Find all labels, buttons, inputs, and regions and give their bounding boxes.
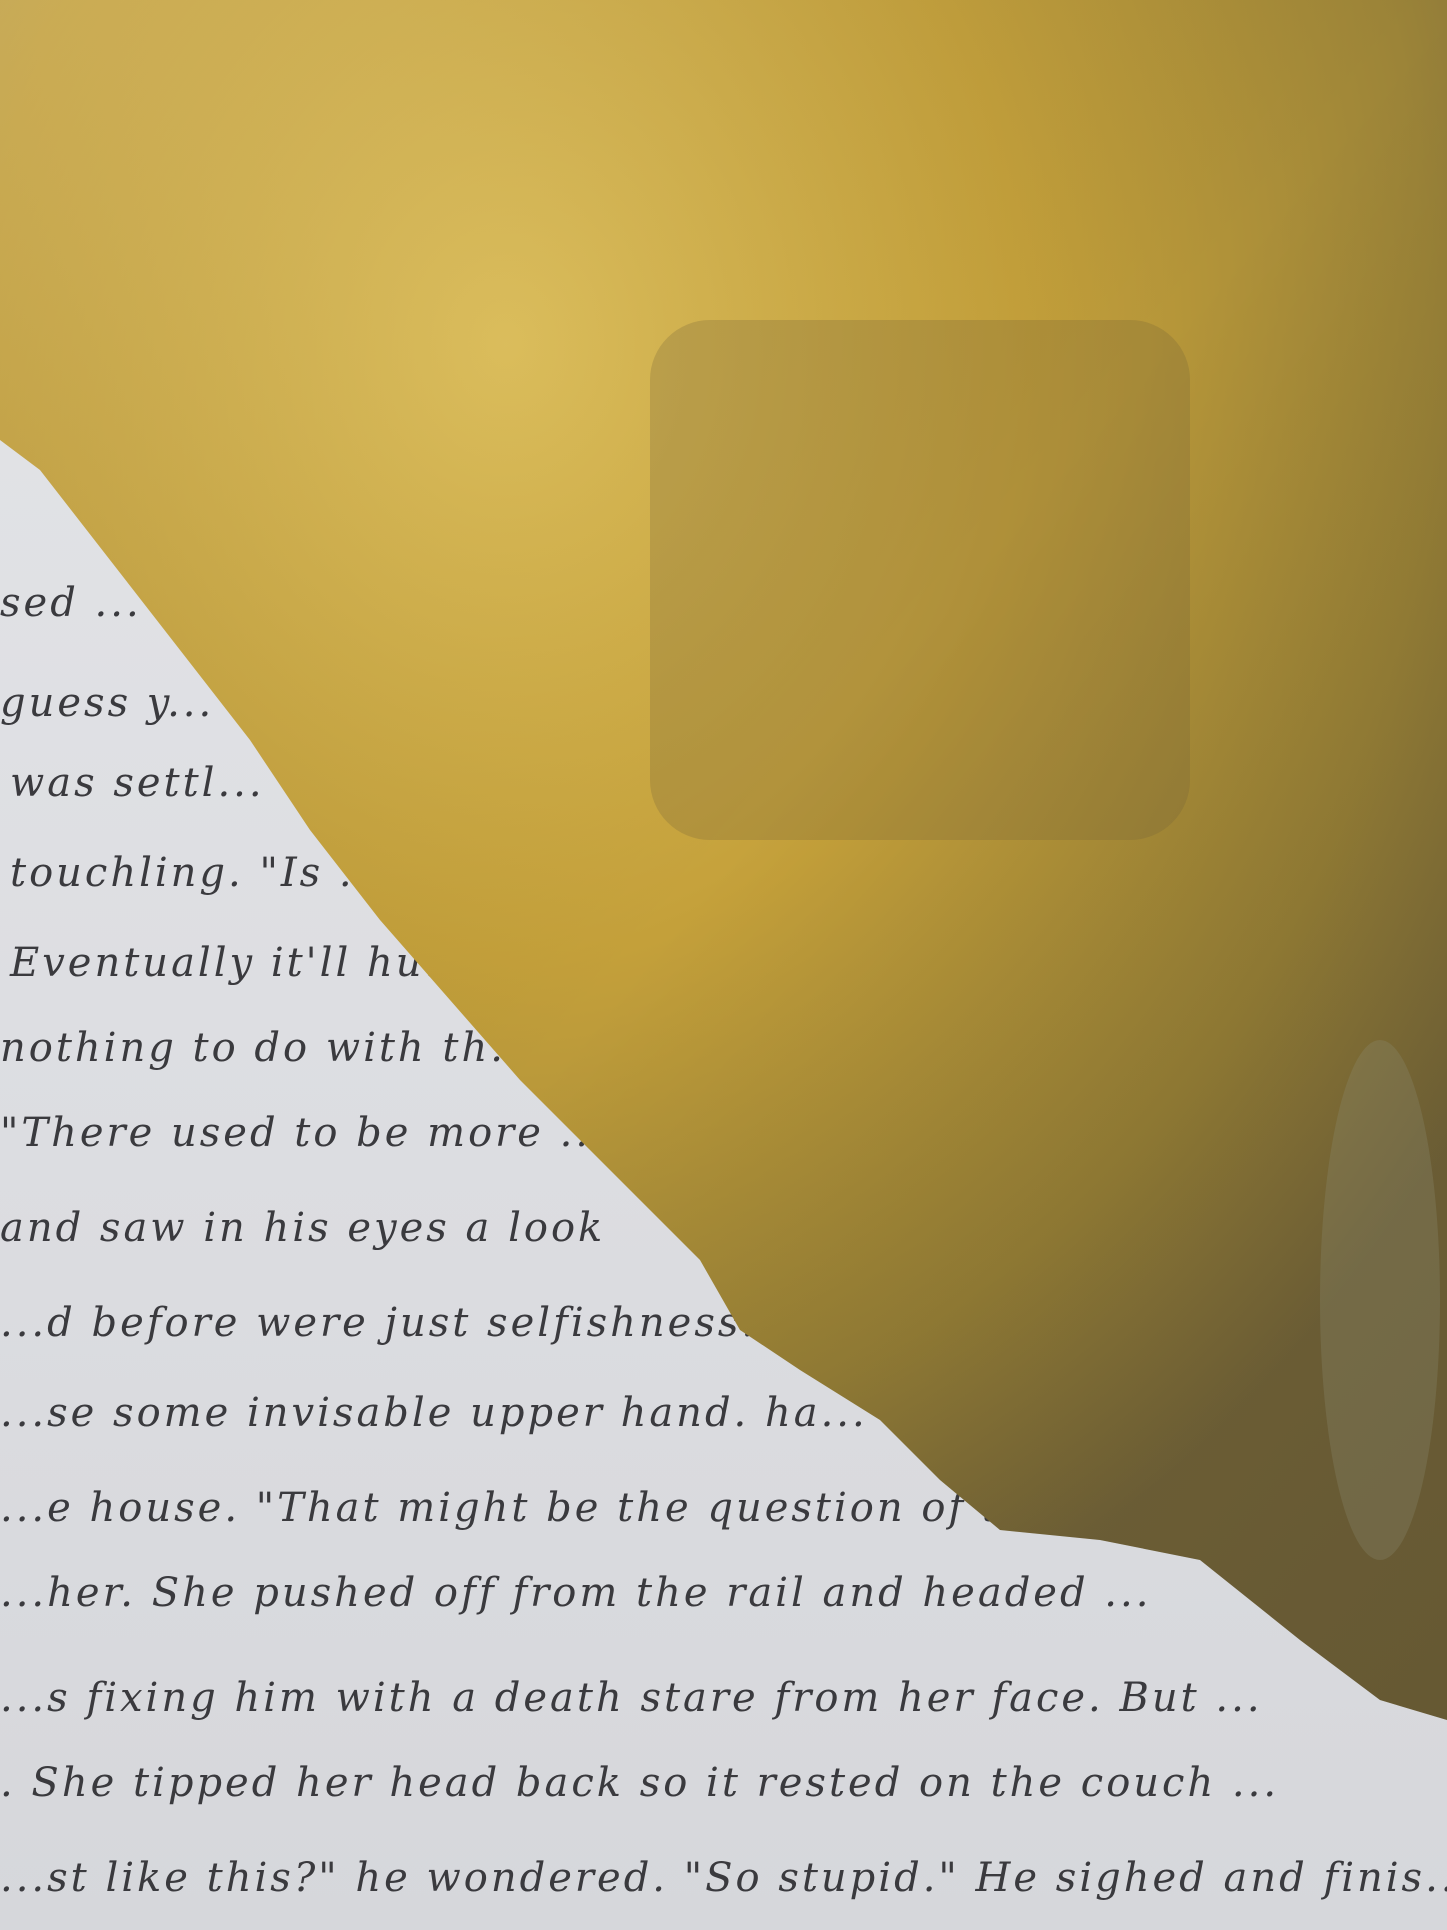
gold-leaf xyxy=(0,0,1447,1930)
